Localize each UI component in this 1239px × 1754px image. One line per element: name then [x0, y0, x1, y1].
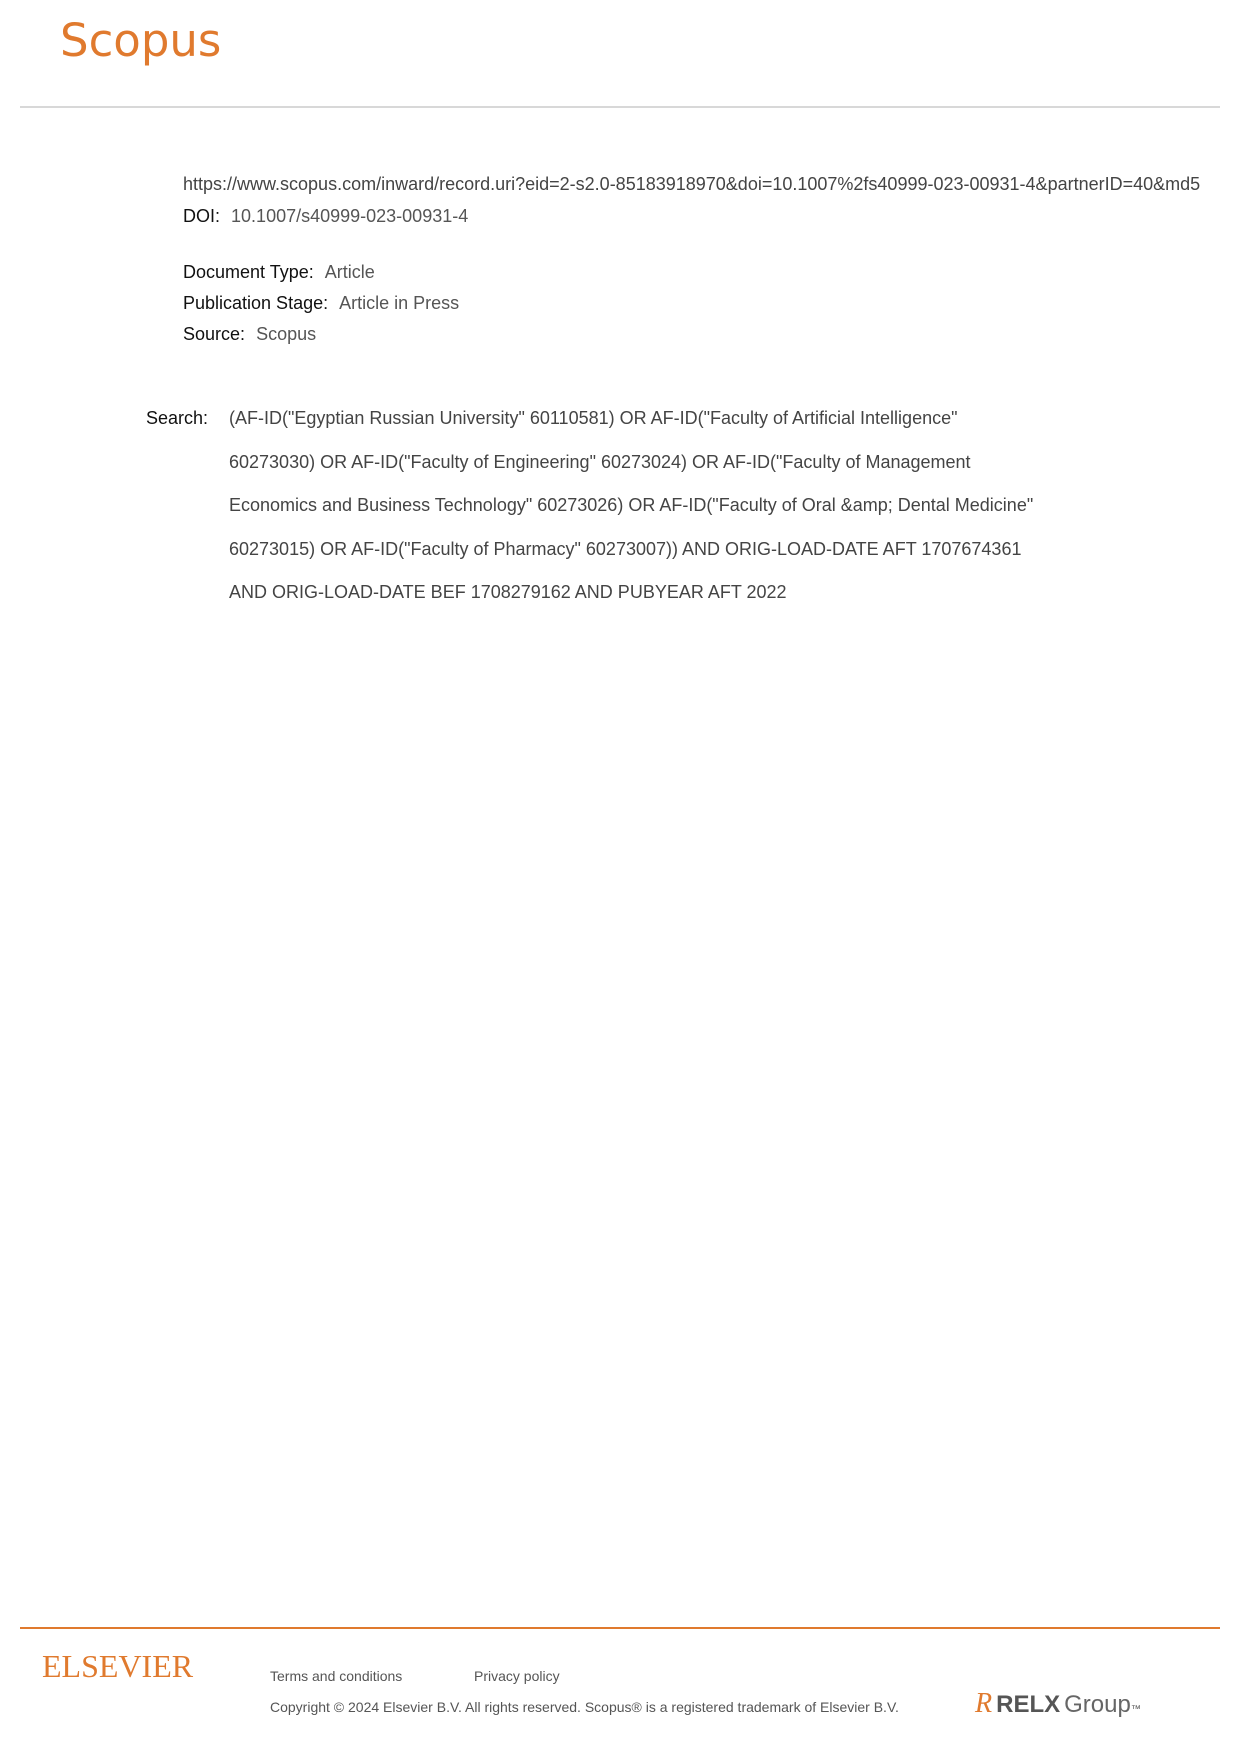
search-query-line: (AF-ID("Egyptian Russian University" 601…	[229, 408, 1033, 452]
relx-group-logo: R RELX Group ™	[975, 1688, 1141, 1720]
search-query: (AF-ID("Egyptian Russian University" 601…	[229, 408, 1033, 626]
relx-logo-light: Group	[1064, 1691, 1131, 1719]
document-type-field: Document Type: Article	[183, 262, 375, 283]
relx-logo-bold: RELX	[996, 1691, 1060, 1719]
publication-stage-field: Publication Stage: Article in Press	[183, 293, 459, 314]
source-label: Source:	[183, 324, 245, 344]
privacy-link[interactable]: Privacy policy	[474, 1668, 560, 1684]
record-url-link[interactable]: https://www.scopus.com/inward/record.uri…	[183, 174, 1200, 195]
source-field: Source: Scopus	[183, 324, 316, 345]
search-query-line: 60273015) OR AF-ID("Faculty of Pharmacy"…	[229, 539, 1033, 583]
document-type-value: Article	[325, 262, 375, 282]
elsevier-logo: ELSEVIER	[42, 1648, 193, 1685]
source-value: Scopus	[256, 324, 316, 344]
relx-mark-icon: R	[975, 1688, 992, 1720]
doi-field: DOI: 10.1007/s40999-023-00931-4	[183, 206, 468, 227]
doi-value: 10.1007/s40999-023-00931-4	[231, 206, 468, 226]
header-divider	[20, 106, 1220, 108]
publication-stage-label: Publication Stage:	[183, 293, 328, 313]
search-query-line: AND ORIG-LOAD-DATE BEF 1708279162 AND PU…	[229, 582, 1033, 626]
document-type-label: Document Type:	[183, 262, 314, 282]
trademark-symbol: ™	[1131, 1704, 1141, 1715]
doi-label: DOI:	[183, 206, 220, 226]
terms-link[interactable]: Terms and conditions	[270, 1668, 402, 1684]
footer-divider	[20, 1627, 1220, 1629]
search-query-line: 60273030) OR AF-ID("Faculty of Engineeri…	[229, 452, 1033, 496]
copyright-text: Copyright © 2024 Elsevier B.V. All right…	[270, 1699, 899, 1715]
scopus-logo: Scopus	[60, 14, 221, 67]
publication-stage-value: Article in Press	[339, 293, 459, 313]
search-query-line: Economics and Business Technology" 60273…	[229, 495, 1033, 539]
search-label: Search:	[146, 408, 208, 429]
